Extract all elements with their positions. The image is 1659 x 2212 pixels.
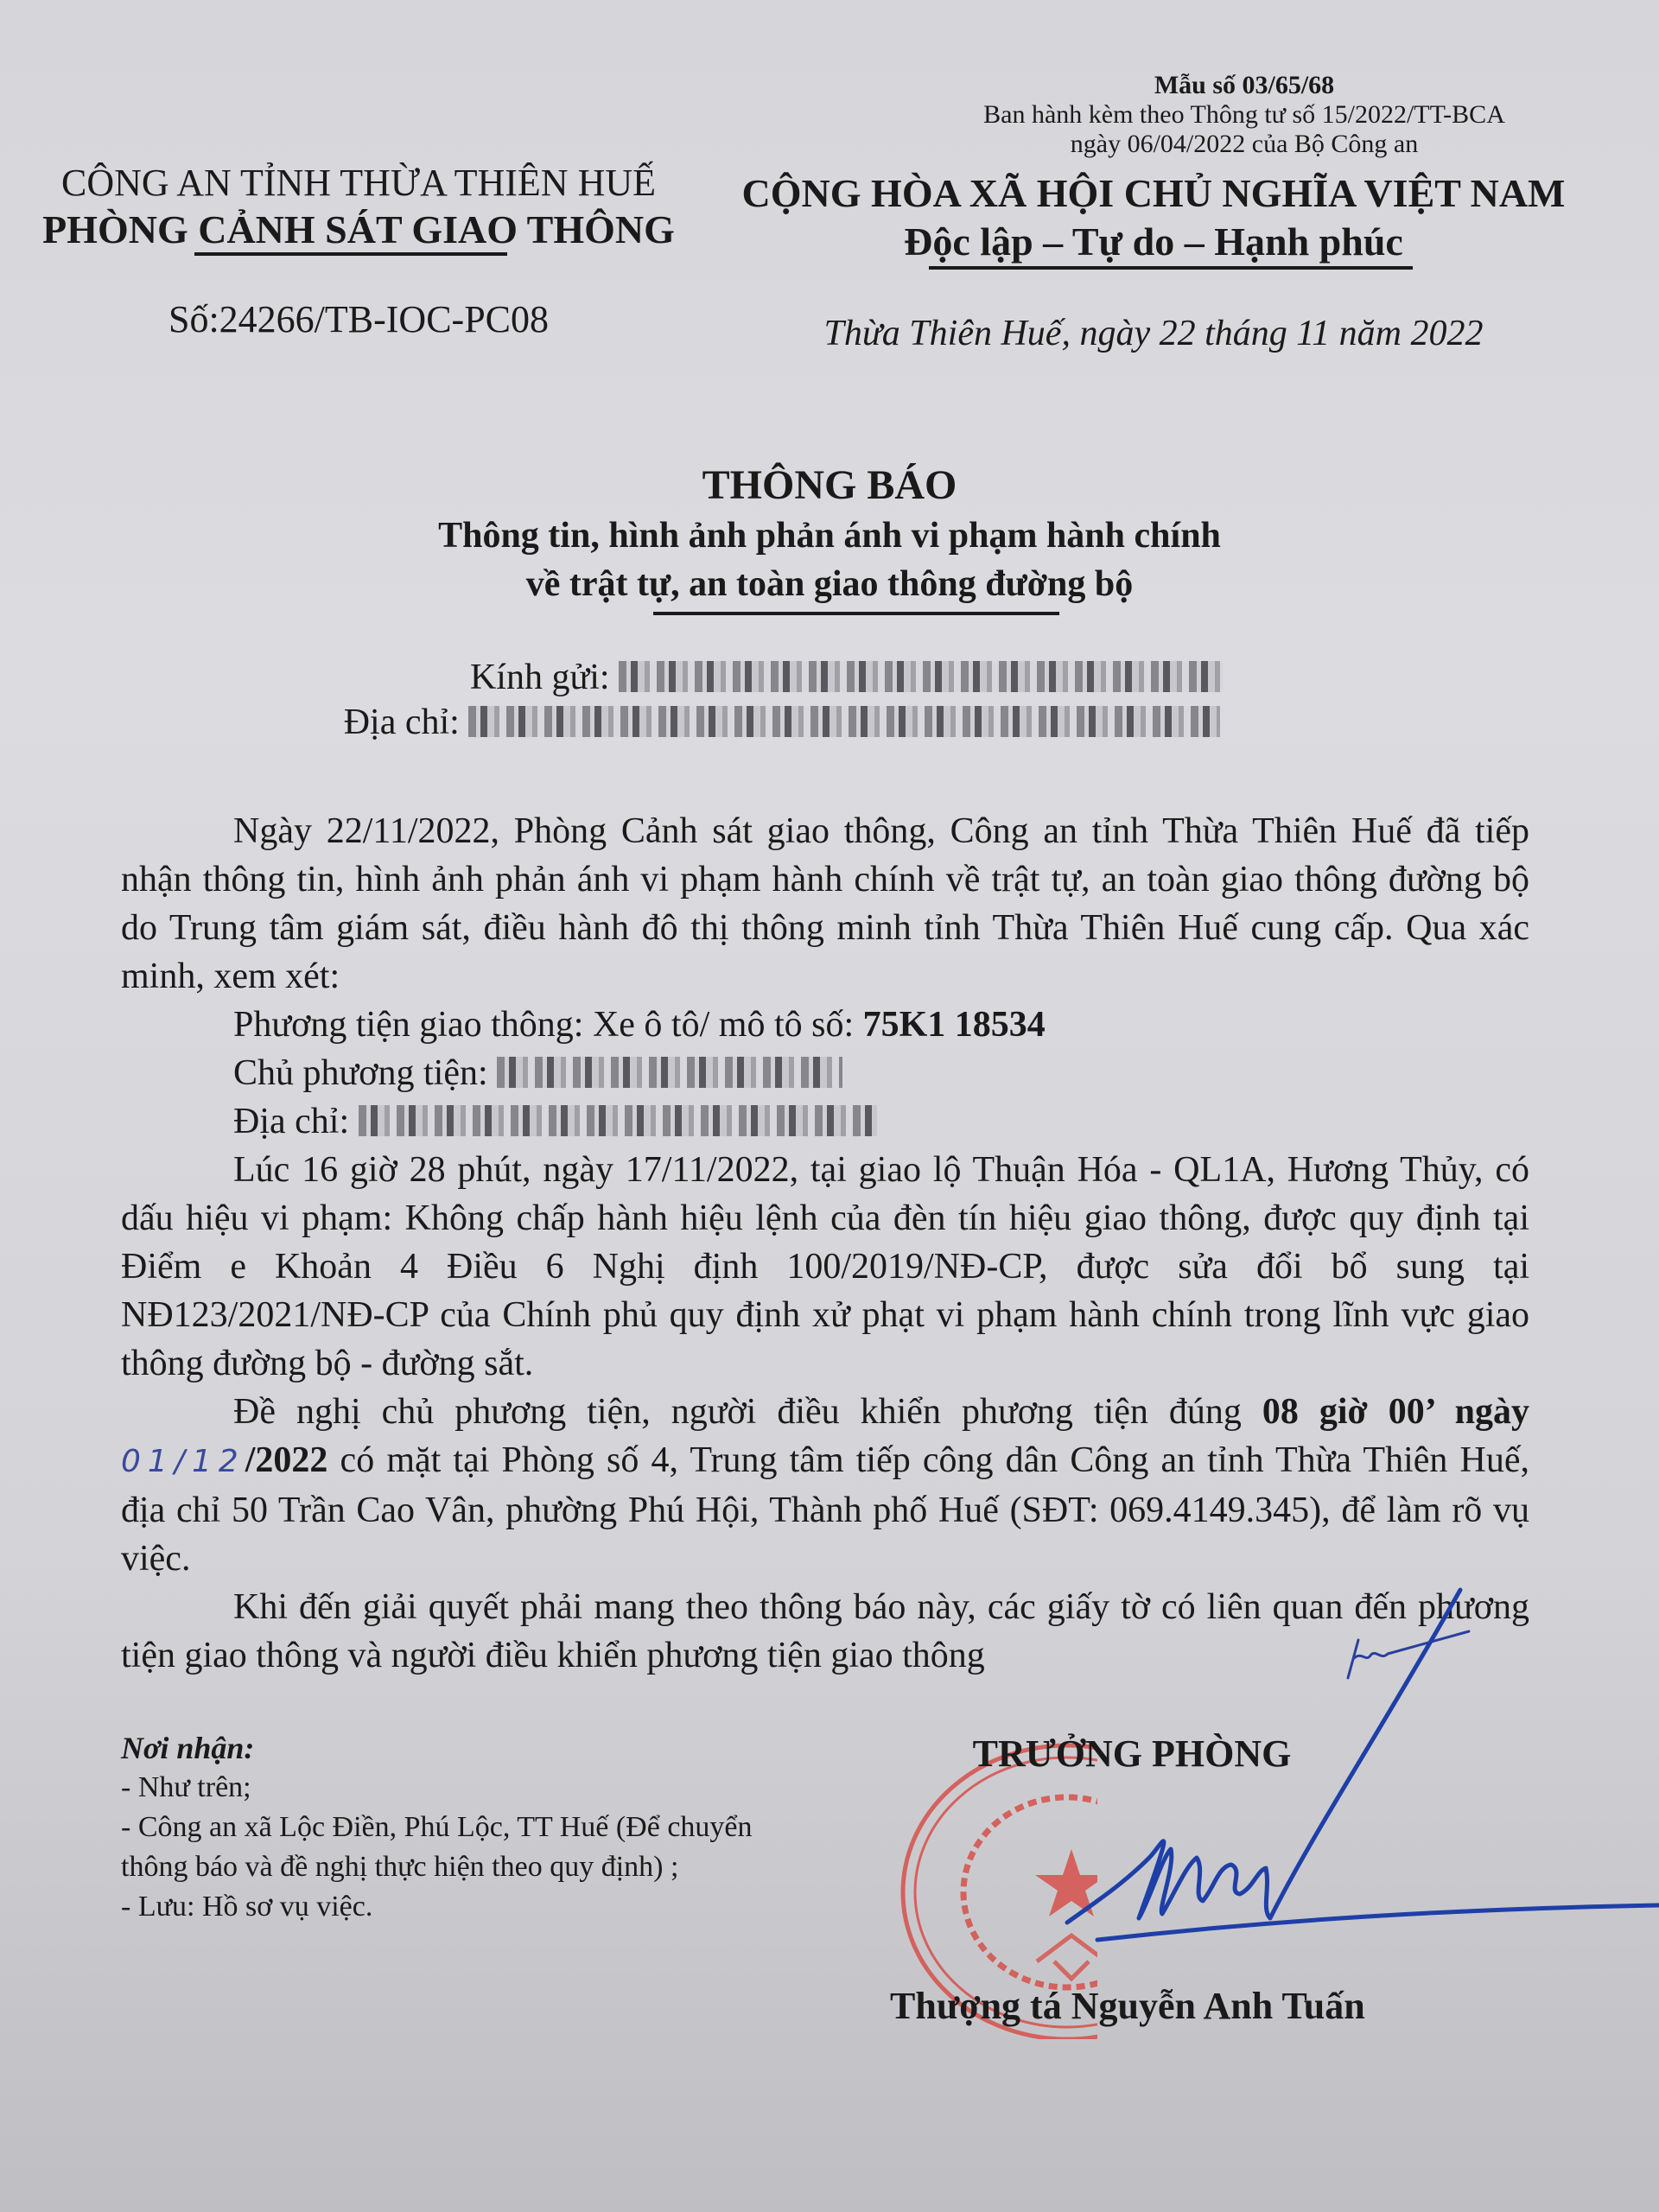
form-number: Mẫu số 03/65/68 — [890, 71, 1599, 100]
body-paragraph-2: Lúc 16 giờ 28 phút, ngày 17/11/2022, tại… — [121, 1146, 1529, 1388]
para3-text-b: có mặt tại Phòng số 4, Trung tâm tiếp cô… — [121, 1440, 1529, 1579]
appointment-time: 08 giờ 00’ ngày — [1262, 1392, 1529, 1432]
appointment-year: /2022 — [245, 1440, 328, 1480]
owner-line: Chủ phương tiện: — [121, 1049, 1529, 1097]
address-label: Địa chỉ: — [344, 702, 469, 742]
vehicle-plate: 75K1 18534 — [863, 1005, 1046, 1045]
agency-block: CÔNG AN TỈNH THỪA THIÊN HUẾ PHÒNG CẢNH S… — [26, 161, 691, 256]
document-subject-line-2: về trật tự, an toàn giao thông đường bộ — [328, 560, 1331, 608]
owner-address-label: Địa chỉ: — [233, 1102, 359, 1141]
recipient-line: Kính gửi: — [328, 655, 1331, 700]
signer-name: Thượng tá Nguyễn Anh Tuấn — [890, 1984, 1495, 2028]
form-reference: Mẫu số 03/65/68 Ban hành kèm theo Thông … — [890, 71, 1599, 159]
document-number: Số:24266/TB-IOC-PC08 — [26, 297, 691, 341]
nation-motto: Độc lập – Tự do – Hạnh phúc — [721, 218, 1586, 266]
nation-name: CỘNG HÒA XÃ HỘI CHỦ NGHĨA VIỆT NAM — [721, 169, 1586, 218]
place-date: Thừa Thiên Huế, ngày 22 tháng 11 năm 202… — [721, 313, 1586, 354]
distribution-list: Nơi nhận: - Như trên; - Công an xã Lộc Đ… — [121, 1728, 778, 1927]
vehicle-line: Phương tiện giao thông: Xe ô tô/ mô tô s… — [121, 1001, 1529, 1049]
redacted-owner-name — [497, 1057, 842, 1088]
vehicle-label: Phương tiện giao thông: Xe ô tô/ mô tô s… — [233, 1005, 863, 1045]
distribution-item: - Lưu: Hồ sơ vụ việc. — [121, 1887, 778, 1927]
signature-icon — [864, 1573, 1659, 1953]
redacted-recipient-address — [468, 706, 1220, 737]
owner-label: Chủ phương tiện: — [233, 1053, 497, 1093]
handwritten-date: 01/12 — [121, 1444, 245, 1479]
recipient-address-line: Địa chỉ: — [233, 700, 1331, 745]
divider — [929, 266, 1413, 270]
body-paragraph-3: Đề nghị chủ phương tiện, người điều khiể… — [121, 1388, 1529, 1583]
recipient-label: Kính gửi: — [470, 658, 619, 697]
redacted-owner-address — [359, 1105, 877, 1136]
document-subject-line-1: Thông tin, hình ảnh phản ánh vi phạm hàn… — [328, 512, 1331, 560]
agency-parent: CÔNG AN TỈNH THỪA THIÊN HUẾ — [26, 161, 691, 206]
form-issued-line-1: Ban hành kèm theo Thông tư số 15/2022/TT… — [890, 100, 1599, 130]
para3-text: Đề nghị chủ phương tiện, người điều khiể… — [233, 1392, 1262, 1432]
body-paragraph-1: Ngày 22/11/2022, Phòng Cảnh sát giao thô… — [121, 807, 1529, 1001]
national-header: CỘNG HÒA XÃ HỘI CHỦ NGHĨA VIỆT NAM Độc l… — [721, 169, 1586, 270]
document-title: THÔNG BÁO Thông tin, hình ảnh phản ánh v… — [328, 460, 1331, 615]
redacted-recipient-name — [619, 661, 1224, 692]
owner-address-line: Địa chỉ: — [121, 1097, 1529, 1146]
recipient-block: Kính gửi: Địa chỉ: — [328, 655, 1331, 745]
document-body: Ngày 22/11/2022, Phòng Cảnh sát giao thô… — [121, 807, 1529, 1680]
distribution-item: - Công an xã Lộc Điền, Phú Lộc, TT Huế (… — [121, 1808, 778, 1887]
distribution-title: Nơi nhận: — [121, 1728, 778, 1768]
agency-name: PHÒNG CẢNH SÁT GIAO THÔNG — [26, 206, 691, 254]
document-type: THÔNG BÁO — [328, 460, 1331, 512]
distribution-item: - Như trên; — [121, 1768, 778, 1808]
form-issued-line-2: ngày 06/04/2022 của Bộ Công an — [890, 130, 1599, 159]
divider — [653, 612, 1059, 615]
